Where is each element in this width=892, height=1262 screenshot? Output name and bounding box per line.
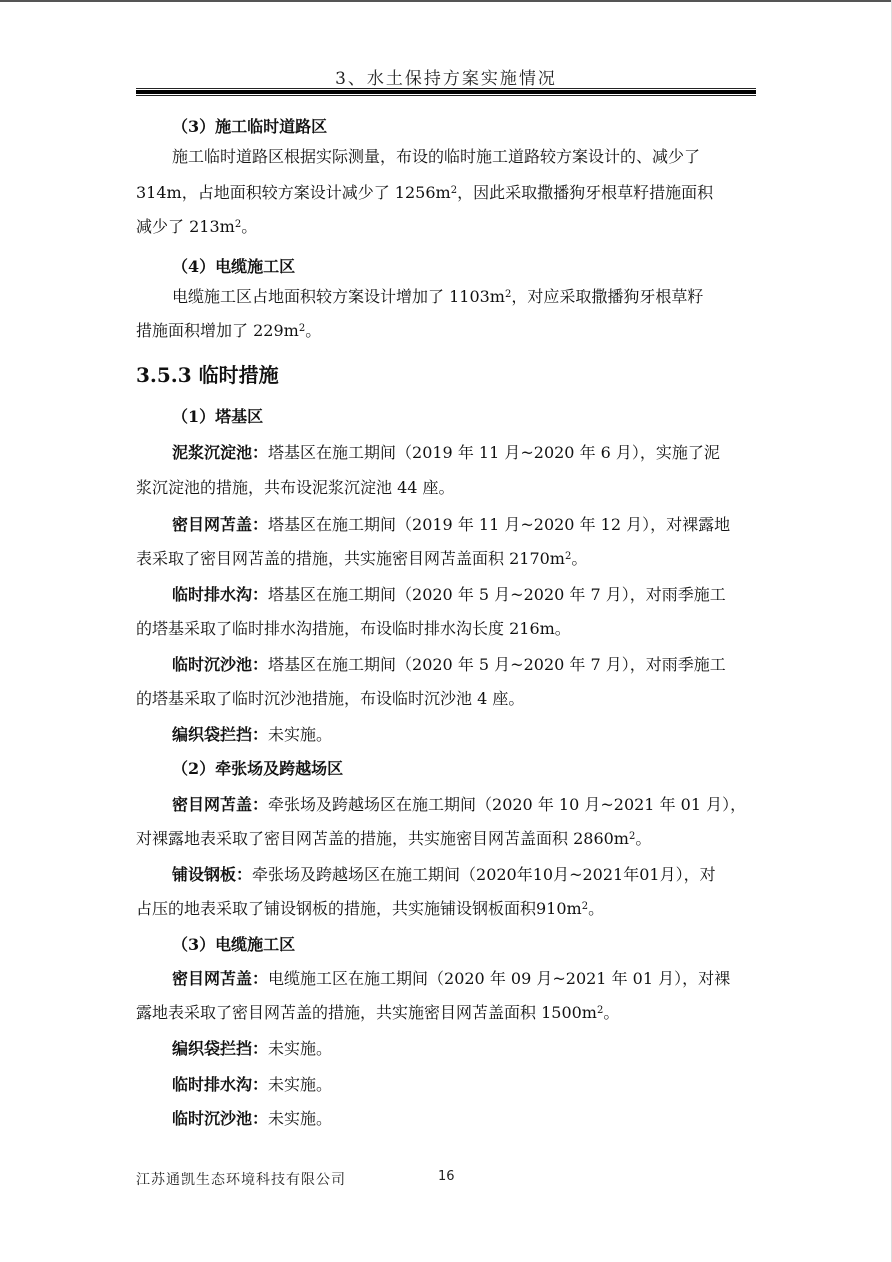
paragraph-line: 露地表采取了密目网苫盖的措施，共实施密目网苫盖面积 1500m2。 [136,1002,619,1024]
header-rule [136,88,756,96]
paragraph-line: 密目网苫盖：牵张场及跨越场区在施工期间（2020 年 10 月~2021 年 0… [172,794,746,816]
subheading-road-area: （3）施工临时道路区 [172,116,327,138]
subheading-cable-area: （4）电缆施工区 [172,256,295,278]
paragraph-line: 施工临时道路区根据实际测量，布设的临时施工道路较方案设计的、减少了 [172,146,700,168]
page-top-border [0,0,892,2]
paragraph-line: 浆沉淀池的措施，共布设泥浆沉淀池 44 座。 [136,477,455,499]
paragraph-line: 密目网苫盖：电缆施工区在施工期间（2020 年 09 月~2021 年 01 月… [172,968,730,990]
paragraph-line: 铺设钢板：牵张场及跨越场区在施工期间（2020年10月~2021年01月），对 [172,864,716,886]
paragraph-line: 泥浆沉淀池：塔基区在施工期间（2019 年 11 月~2020 年 6 月），实… [172,442,720,464]
paragraph-line: 密目网苫盖：塔基区在施工期间（2019 年 11 月~2020 年 12 月），… [172,514,730,536]
footer-company-name: 江苏通凯生态环境科技有限公司 [136,1169,346,1189]
paragraph-line: 表采取了密目网苫盖的措施，共实施密目网苫盖面积 2170m2。 [136,548,587,570]
paragraph-line: 临时沉沙池：塔基区在施工期间（2020 年 5 月~2020 年 7 月），对雨… [172,654,726,676]
paragraph-line: 减少了 213m2。 [136,216,257,238]
paragraph-line: 的塔基采取了临时排水沟措施，布设临时排水沟长度 216m。 [136,618,571,640]
section-heading-temporary-measures: 3.5.3 临时措施 [136,364,279,386]
paragraph-line: 临时沉沙池：未实施。 [172,1108,332,1130]
paragraph-line: 临时排水沟：塔基区在施工期间（2020 年 5 月~2020 年 7 月），对雨… [172,584,726,606]
paragraph-line: 编织袋拦挡：未实施。 [172,1038,332,1060]
paragraph-line: 电缆施工区占地面积较方案设计增加了 1103m2，对应采取撒播狗牙根草籽 [172,286,703,308]
paragraph-line: 占压的地表采取了铺设钢板的措施，共实施铺设钢板面积910m2。 [136,898,604,920]
subheading-tower-area: （1）塔基区 [172,406,263,428]
page-number: 16 [438,1169,455,1184]
paragraph-line: 314m，占地面积较方案设计减少了 1256m2，因此采取撒播狗牙根草籽措施面积 [136,182,713,204]
running-header-title: 3、水土保持方案实施情况 [136,64,756,89]
paragraph-line: 临时排水沟：未实施。 [172,1074,332,1096]
paragraph-line: 编织袋拦挡：未实施。 [172,724,332,746]
paragraph-line: 对裸露地表采取了密目网苫盖的措施，共实施密目网苫盖面积 2860m2。 [136,828,651,850]
paragraph-line: 的塔基采取了临时沉沙池措施，布设临时沉沙池 4 座。 [136,688,524,710]
paragraph-line: 措施面积增加了 229m2。 [136,320,321,342]
subheading-tension-area: （2）牵张场及跨越场区 [172,758,343,780]
subheading-cable-temp-area: （3）电缆施工区 [172,934,295,956]
